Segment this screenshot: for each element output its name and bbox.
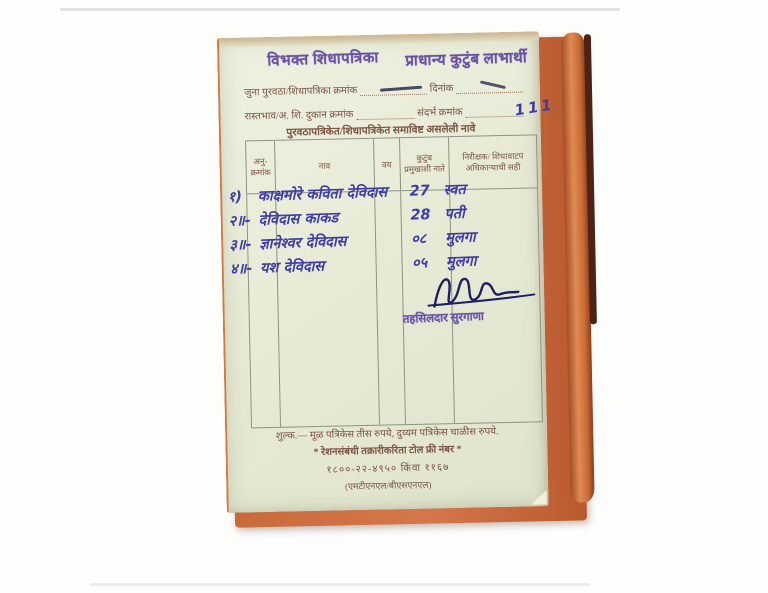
shop-number-label: रास्तभाव/अ. शि. दुकान क्रमांक	[244, 106, 353, 122]
dotted-line	[466, 107, 524, 118]
tollfree-number: १८००-२२-४९५० किंवा ११६७	[228, 457, 548, 478]
member-relation: मुलगा	[445, 224, 540, 247]
member-age: ०८	[411, 228, 446, 249]
footer-notes: शुल्क.— मूळ पत्रिकेस तीस रुपये, दुय्यम प…	[227, 422, 548, 495]
officer-designation-stamp: तहसिलदार सुरगाणा	[403, 309, 485, 327]
handwritten-member-rows: १) काक्षमोरे कविता देविदास 27 स्वत २॥- द…	[227, 176, 540, 282]
pen-stroke	[480, 80, 506, 89]
member-relation: मुलगा	[446, 248, 541, 271]
tollfree-label: * रेशनसंबंधी तक्रारीकरिता टोल फ्री नंबर …	[227, 439, 547, 460]
dotted-line: 111	[356, 109, 414, 120]
reference-number-label: संदर्भ क्रमांक	[417, 104, 463, 119]
scan-artifact-top	[60, 8, 620, 11]
scan-artifact-bottom	[90, 583, 590, 586]
member-age: 28	[410, 207, 445, 224]
pen-stroke	[380, 86, 422, 92]
card-type-stamp: विभक्त शिधापत्रिका	[267, 47, 379, 70]
beneficiary-type-stamp: प्राधान्य कुटुंब लाभार्थी	[405, 47, 527, 70]
member-serial: २॥-	[228, 210, 259, 231]
dotted-line	[456, 83, 523, 94]
member-age: ०५	[412, 252, 447, 273]
scanned-ration-card-photo: विभक्त शिधापत्रिका प्राधान्य कुटुंब लाभा…	[0, 0, 768, 593]
form-line-shop: रास्तभाव/अ. शि. दुकान क्रमांक 111 संदर्भ…	[244, 103, 526, 123]
page-stack-edge	[219, 32, 539, 48]
member-name: यश देविदास	[260, 253, 413, 278]
telecom-operators: (एमटीएनएल/बीएसएनएल)	[228, 475, 548, 495]
ration-card-booklet: विभक्त शिधापत्रिका प्राधान्य कुटुंब लाभा…	[231, 32, 593, 529]
member-name: काक्षमोरे कविता देविदास	[257, 181, 410, 206]
form-line-old-card: जुना पुरवठा/शिधापत्रिका क्रमांक दिनांक	[244, 79, 526, 99]
date-label: दिनांक	[430, 80, 454, 94]
booklet-page: विभक्त शिधापत्रिका प्राधान्य कुटुंब लाभा…	[217, 31, 549, 513]
dotted-line	[360, 85, 427, 96]
member-serial: ४॥-	[230, 258, 261, 279]
member-age: 27	[409, 183, 444, 200]
member-name: ज्ञानेश्वर देविदास	[259, 229, 412, 254]
old-card-number-label: जुना पुरवठा/शिधापत्रिका क्रमांक	[244, 82, 357, 98]
member-relation: पती	[444, 200, 539, 223]
member-serial: ३॥-	[229, 234, 260, 255]
member-name: देविदास काकड	[258, 205, 411, 230]
page-corner-fold	[530, 490, 546, 504]
member-serial: १)	[227, 186, 258, 207]
member-relation: स्वत	[443, 176, 538, 199]
